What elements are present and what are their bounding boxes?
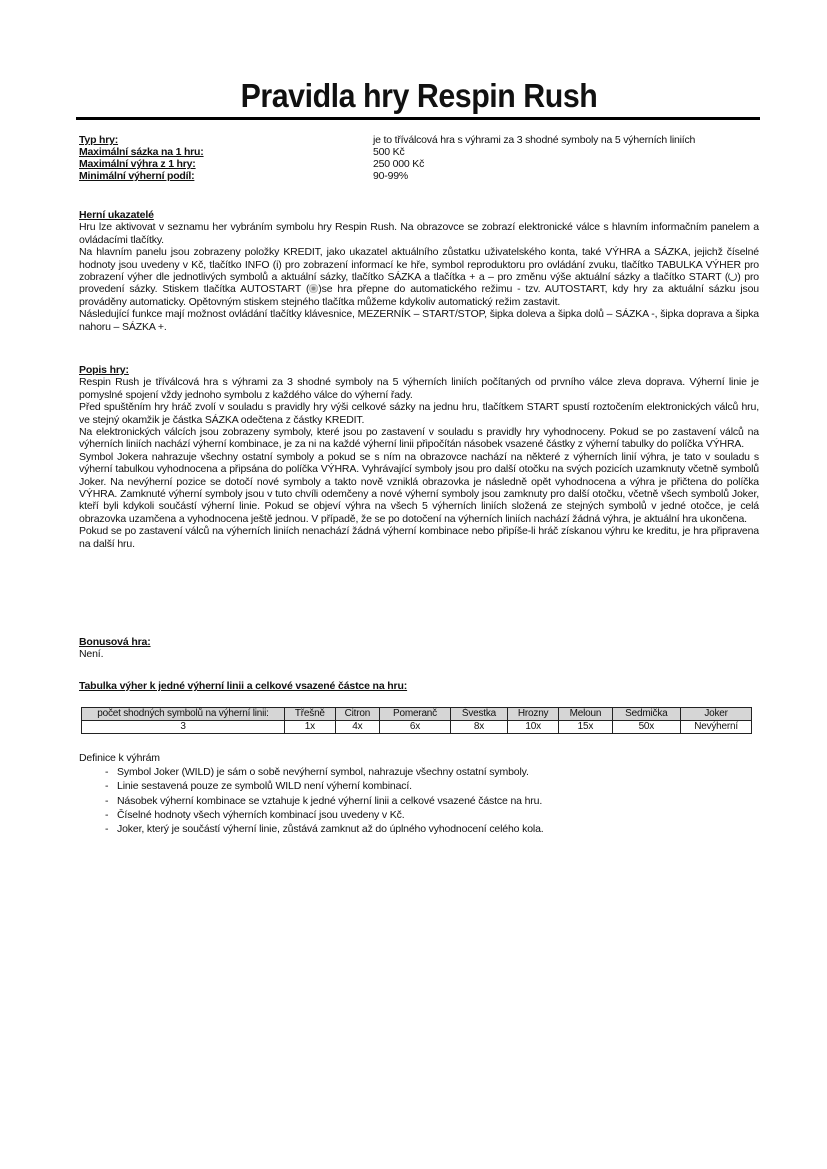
paragraph: Následující funkce mají možnost ovládání… <box>79 308 759 333</box>
paragraph: Hru lze aktivovat v seznamu her vybráním… <box>79 221 759 246</box>
header-cell: Švestka <box>451 708 508 721</box>
game-info: Typ hry: je to tříválcová hra s výhrami … <box>79 134 759 182</box>
section-heading: Popis hry: <box>79 364 759 376</box>
header-cell: Joker <box>681 708 752 721</box>
info-value: 500 Kč <box>373 146 405 158</box>
header-cell: Hrozny <box>507 708 559 721</box>
header-cell: Pomeranč <box>379 708 450 721</box>
info-label: Typ hry: <box>79 134 373 146</box>
cell: 4x <box>335 721 379 734</box>
cell: 1x <box>285 721 336 734</box>
list-item: Násobek výherní kombinace se vztahuje k … <box>79 794 544 808</box>
definitions-heading: Definice k výhrám <box>79 751 544 765</box>
header-cell: Citron <box>335 708 379 721</box>
text-run: Na hlavním panelu jsou zobrazeny položky… <box>79 246 759 283</box>
paragraph: Není. <box>79 648 759 660</box>
paragraph: Respin Rush je tříválcová hra s výhrami … <box>79 376 759 401</box>
info-row-type: Typ hry: je to tříválcová hra s výhrami … <box>79 134 759 146</box>
paragraph: Pokud se po zastavení válců na výherních… <box>79 525 759 550</box>
cell: 15x <box>559 721 612 734</box>
list-item: Symbol Joker (WILD) je sám o sobě nevýhe… <box>79 765 544 779</box>
section-bonus: Bonusová hra: Není. <box>79 636 759 661</box>
paragraph: Na elektronických válcích jsou zobrazeny… <box>79 426 759 451</box>
definitions-list: Symbol Joker (WILD) je sám o sobě nevýhe… <box>79 765 544 836</box>
paytable-header-row: počet shodných symbolů na výherní linii:… <box>82 708 752 721</box>
cell: 8x <box>451 721 508 734</box>
title-divider <box>76 117 760 120</box>
cell: 6x <box>379 721 450 734</box>
info-value: 90-99% <box>373 170 408 182</box>
autostart-icon <box>309 284 318 293</box>
list-item: Číselné hodnoty všech výherních kombinac… <box>79 808 544 822</box>
cell: Nevýherní <box>681 721 752 734</box>
header-cell: Meloun <box>559 708 612 721</box>
cell: 10x <box>507 721 559 734</box>
info-row-max-win: Maximální výhra z 1 hry: 250 000 Kč <box>79 158 759 170</box>
info-row-max-bet: Maximální sázka na 1 hru: 500 Kč <box>79 146 759 158</box>
section-paytable: Tabulka výher k jedné výherní linii a ce… <box>79 680 759 692</box>
info-value: je to tříválcová hra s výhrami za 3 shod… <box>373 134 695 146</box>
info-label: Maximální výhra z 1 hry: <box>79 158 373 170</box>
header-cell: Sedmička <box>612 708 681 721</box>
paragraph: Na hlavním panelu jsou zobrazeny položky… <box>79 246 759 308</box>
info-value: 250 000 Kč <box>373 158 424 170</box>
section-heading: Bonusová hra: <box>79 636 759 648</box>
section-heading: Tabulka výher k jedné výherní linii a ce… <box>79 680 759 692</box>
section-indicators: Herní ukazatelé Hru lze aktivovat v sezn… <box>79 209 759 333</box>
section-description: Popis hry: Respin Rush je tříválcová hra… <box>79 364 759 550</box>
paragraph: Před spuštěním hry hráč zvolí v souladu … <box>79 401 759 426</box>
definitions: Definice k výhrám Symbol Joker (WILD) je… <box>79 751 544 836</box>
section-heading: Herní ukazatelé <box>79 209 759 221</box>
header-cell: Třešně <box>285 708 336 721</box>
info-label: Minimální výherní podíl: <box>79 170 373 182</box>
list-item: Linie sestavená pouze ze symbolů WILD ne… <box>79 779 544 793</box>
info-row-min-rtp: Minimální výherní podíl: 90-99% <box>79 170 759 182</box>
refresh-icon <box>728 272 737 281</box>
paytable-row: 3 1x 4x 6x 8x 10x 15x 50x Nevýherní <box>82 721 752 734</box>
page-title: Pravidla hry Respin Rush <box>106 76 732 116</box>
cell: 3 <box>82 721 285 734</box>
paytable: počet shodných symbolů na výherní linii:… <box>81 707 752 734</box>
header-cell: počet shodných symbolů na výherní linii: <box>82 708 285 721</box>
cell: 50x <box>612 721 681 734</box>
paragraph: Symbol Jokera nahrazuje všechny ostatní … <box>79 451 759 525</box>
list-item: Joker, který je součástí výherní linie, … <box>79 822 544 836</box>
info-label: Maximální sázka na 1 hru: <box>79 146 373 158</box>
